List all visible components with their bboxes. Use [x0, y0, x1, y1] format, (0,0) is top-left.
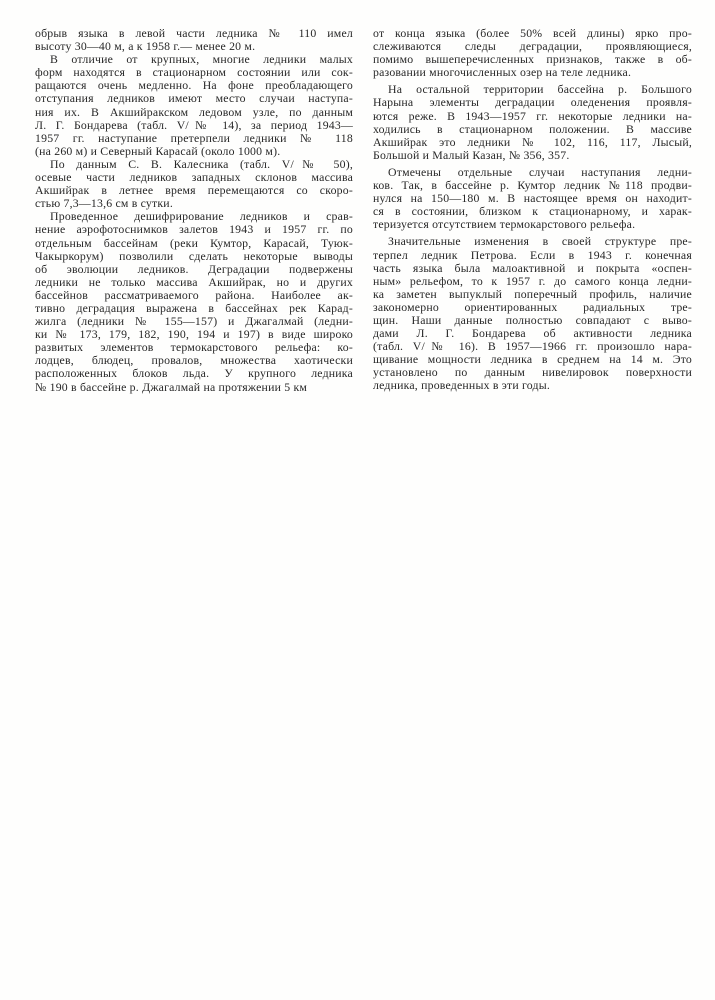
text-line: бассейнов рассматриваемого района. Наибо… — [35, 289, 353, 302]
text-line: жилга (ледники № 155—157) и Джагалмай (л… — [35, 315, 353, 328]
text-line: 1957 гг. наступание претерпели ледники №… — [35, 132, 353, 145]
text-line: Акшийрак в летнее время перемещаются со … — [35, 184, 353, 197]
text-line: (на 260 м) и Северный Карасай (около 100… — [35, 145, 353, 158]
text-line: Акшийрак это ледники № 102, 116, 117, Лы… — [373, 136, 692, 149]
text-line: теризуется отсутствием термокарстового р… — [373, 218, 692, 231]
text-line: установлено по данным нивелировок поверх… — [373, 366, 692, 379]
paragraph: Отмечены отдельные случаи наступания лед… — [373, 166, 692, 231]
text-line: терпел ледник Петрова. Если в 1943 г. ко… — [373, 249, 692, 262]
text-line: По данным С. В. Калесника (табл. V/№ 50)… — [35, 158, 353, 171]
text-line: расположенных блоков льда. У крупного ле… — [35, 367, 353, 380]
text-line: отступания ледников имеют место случаи н… — [35, 92, 353, 105]
text-line: отдельным бассейнам (реки Кумтор, Караса… — [35, 237, 353, 250]
text-line: Л. Г. Бондарева (табл. V/№ 14), за перио… — [35, 119, 353, 132]
text-line: Значительные изменения в своей структуре… — [373, 235, 692, 248]
paragraph: Проведенное дешифрирование ледников и ср… — [35, 210, 353, 393]
text-line: щин. Наши данные полностью совпадают с в… — [373, 314, 692, 327]
text-line: от конца языка (более 50% всей длины) яр… — [373, 27, 692, 40]
right-column: от конца языка (более 50% всей длины) яр… — [373, 27, 692, 393]
text-line: ращаются очень медленно. На фоне преобла… — [35, 79, 353, 92]
paragraph: Значительные изменения в своей структуре… — [373, 235, 692, 392]
text-line: слеживаются следы деградации, проявляющи… — [373, 40, 692, 53]
text-line: ся в состоянии, близком к стационарному,… — [373, 205, 692, 218]
text-line: ледники не только массива Акшийрак, но и… — [35, 276, 353, 289]
paragraph: На остальной территории бассейна р. Боль… — [373, 83, 692, 162]
text-line: часть языка была малоактивной и покрыта … — [373, 262, 692, 275]
text-line: Большой и Малый Казан, № 356, 357. — [373, 149, 692, 162]
text-line: ходились в стационарном положении. В мас… — [373, 123, 692, 136]
text-line: обрыв языка в левой части ледника № 110 … — [35, 27, 353, 40]
text-line: разовании многочисленных озер на теле ле… — [373, 66, 692, 79]
text-line: ются реже. В 1943—1957 гг. некоторые лед… — [373, 110, 692, 123]
paragraph: обрыв языка в левой части ледника № 110 … — [35, 27, 353, 53]
paragraph: от конца языка (более 50% всей длины) яр… — [373, 27, 692, 79]
text-line: На остальной территории бассейна р. Боль… — [373, 83, 692, 96]
text-line: В отличие от крупных, многие ледники мал… — [35, 53, 353, 66]
text-line: стью 7,3—13,6 см в сутки. — [35, 197, 353, 210]
paragraph: В отличие от крупных, многие ледники мал… — [35, 53, 353, 158]
text-line: № 190 в бассейне р. Джагалмай на протяже… — [35, 381, 353, 394]
text-line: Нарына элементы деградации оледенения пр… — [373, 96, 692, 109]
text-line: (табл. V/№ 16). В 1957—1966 гг. произошл… — [373, 340, 692, 353]
text-line: ков. Так, в бассейне р. Кумтор ледник №1… — [373, 179, 692, 192]
text-line: Отмечены отдельные случаи наступания лед… — [373, 166, 692, 179]
paragraph: По данным С. В. Калесника (табл. V/№ 50)… — [35, 158, 353, 210]
text-line: лодцев, блюдец, провалов, множества хаот… — [35, 354, 353, 367]
left-column: обрыв языка в левой части ледника № 110 … — [35, 27, 353, 394]
text-line: ным» рельефом, то к 1957 г. до самого ко… — [373, 275, 692, 288]
document-page: обрыв языка в левой части ледника № 110 … — [0, 0, 715, 1000]
text-line: нение аэрофотоснимков залетов 1943 и 195… — [35, 223, 353, 236]
text-line: высоту 30—40 м, а к 1958 г.— менее 20 м. — [35, 40, 353, 53]
text-line: форм находятся в стационарном состоянии … — [35, 66, 353, 79]
text-line: ки № 173, 179, 182, 190, 194 и 197) в ви… — [35, 328, 353, 341]
text-line: дами Л. Г. Бондарева об активности ледни… — [373, 327, 692, 340]
text-line: Чакыркорум) позволили сделать некоторые … — [35, 250, 353, 263]
text-line: развитых элементов термокарстового релье… — [35, 341, 353, 354]
text-line: об эволюции ледников. Деградации подверж… — [35, 263, 353, 276]
text-line: тивно деградация выражена в бассейнах ре… — [35, 302, 353, 315]
text-line: ния их. В Акшийракском ледовом узле, по … — [35, 106, 353, 119]
text-line: помимо вышеперечисленных признаков, такж… — [373, 53, 692, 66]
text-line: Проведенное дешифрирование ледников и ср… — [35, 210, 353, 223]
text-line: осевые части ледников западных склонов м… — [35, 171, 353, 184]
text-line: закономерно ориентированных радиальных т… — [373, 301, 692, 314]
text-line: нулся на 150—180 м. В настоящее время он… — [373, 192, 692, 205]
text-line: ледника, проведенных в эти годы. — [373, 379, 692, 392]
text-line: щивание мощности ледника в среднем на 14… — [373, 353, 692, 366]
text-line: ка заметен выпуклый поперечный профиль, … — [373, 288, 692, 301]
